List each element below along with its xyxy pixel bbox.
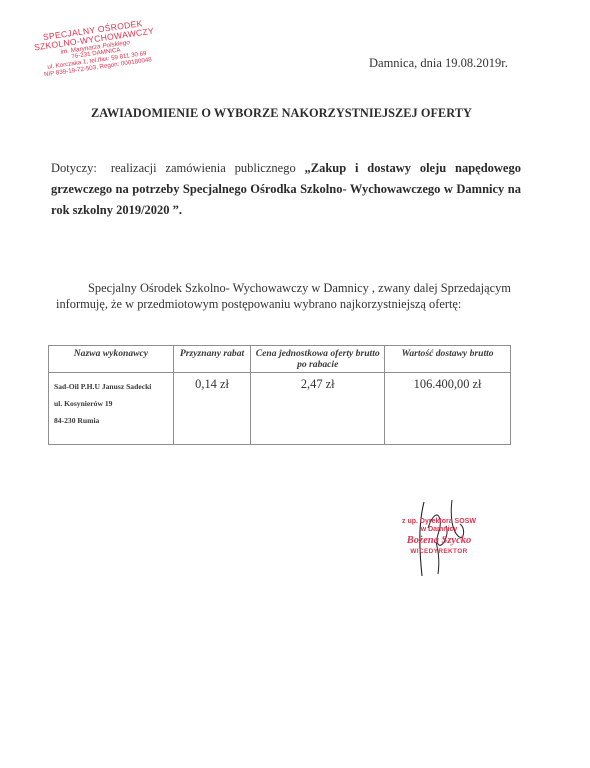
info-paragraph: Specjalny Ośrodek Szkolno- Wychowawczy w… xyxy=(56,280,526,312)
unit-price-cell: 2,47 zł xyxy=(251,373,385,445)
regarding-label: Dotyczy: xyxy=(51,161,97,175)
vendor-city: 84-230 Rumia xyxy=(54,416,169,425)
place-date: Damnica, dnia 19.08.2019r. xyxy=(369,56,508,71)
column-header-unit-price: Cena jednostkowa oferty brutto po rabaci… xyxy=(251,346,385,373)
info-line: informuję, że w przedmiotowym postępowan… xyxy=(56,296,526,312)
signature-authority: z up. Dyrektora SOSW w Damnicy xyxy=(384,518,494,534)
column-header-total-value: Wartość dostawy brutto xyxy=(385,346,511,373)
signatory-name: Bożena Szycko xyxy=(384,535,494,546)
institution-stamp: SPECJALNY OŚRODEK SZKOLNO-WYCHOWAWCZY im… xyxy=(8,14,183,83)
document-title: ZAWIADOMIENIE O WYBORZE NAKORZYSTNIEJSZE… xyxy=(91,106,472,121)
offer-table: Nazwa wykonawcy Przyznany rabat Cena jed… xyxy=(48,345,511,445)
regarding-paragraph: Dotyczy:realizacji zamówienia publiczneg… xyxy=(51,158,521,221)
authority-line: z up. Dyrektora SOSW xyxy=(384,518,494,526)
vendor-street: ul. Kosynierów 19 xyxy=(54,399,169,408)
authority-place-line: w Damnicy xyxy=(384,526,494,534)
vendor-cell: Sad-Oil P.H.U Janusz Sadecki ul. Kosynie… xyxy=(49,373,174,445)
info-line: Specjalny Ośrodek Szkolno- Wychowawczy w… xyxy=(56,280,526,296)
column-header-discount: Przyznany rabat xyxy=(173,346,251,373)
signatory-role: WICEDYREKTOR xyxy=(384,548,494,555)
vendor-name: Sad-Oil P.H.U Janusz Sadecki xyxy=(54,382,169,391)
regarding-intro: realizacji zamówienia publicznego xyxy=(111,161,305,175)
signature-block: z up. Dyrektora SOSW w Damnicy Bożena Sz… xyxy=(380,498,500,578)
discount-cell: 0,14 zł xyxy=(173,373,251,445)
table-row: Sad-Oil P.H.U Janusz Sadecki ul. Kosynie… xyxy=(49,373,511,445)
column-header-vendor: Nazwa wykonawcy xyxy=(49,346,174,373)
table-header-row: Nazwa wykonawcy Przyznany rabat Cena jed… xyxy=(49,346,511,373)
total-value-cell: 106.400,00 zł xyxy=(385,373,511,445)
